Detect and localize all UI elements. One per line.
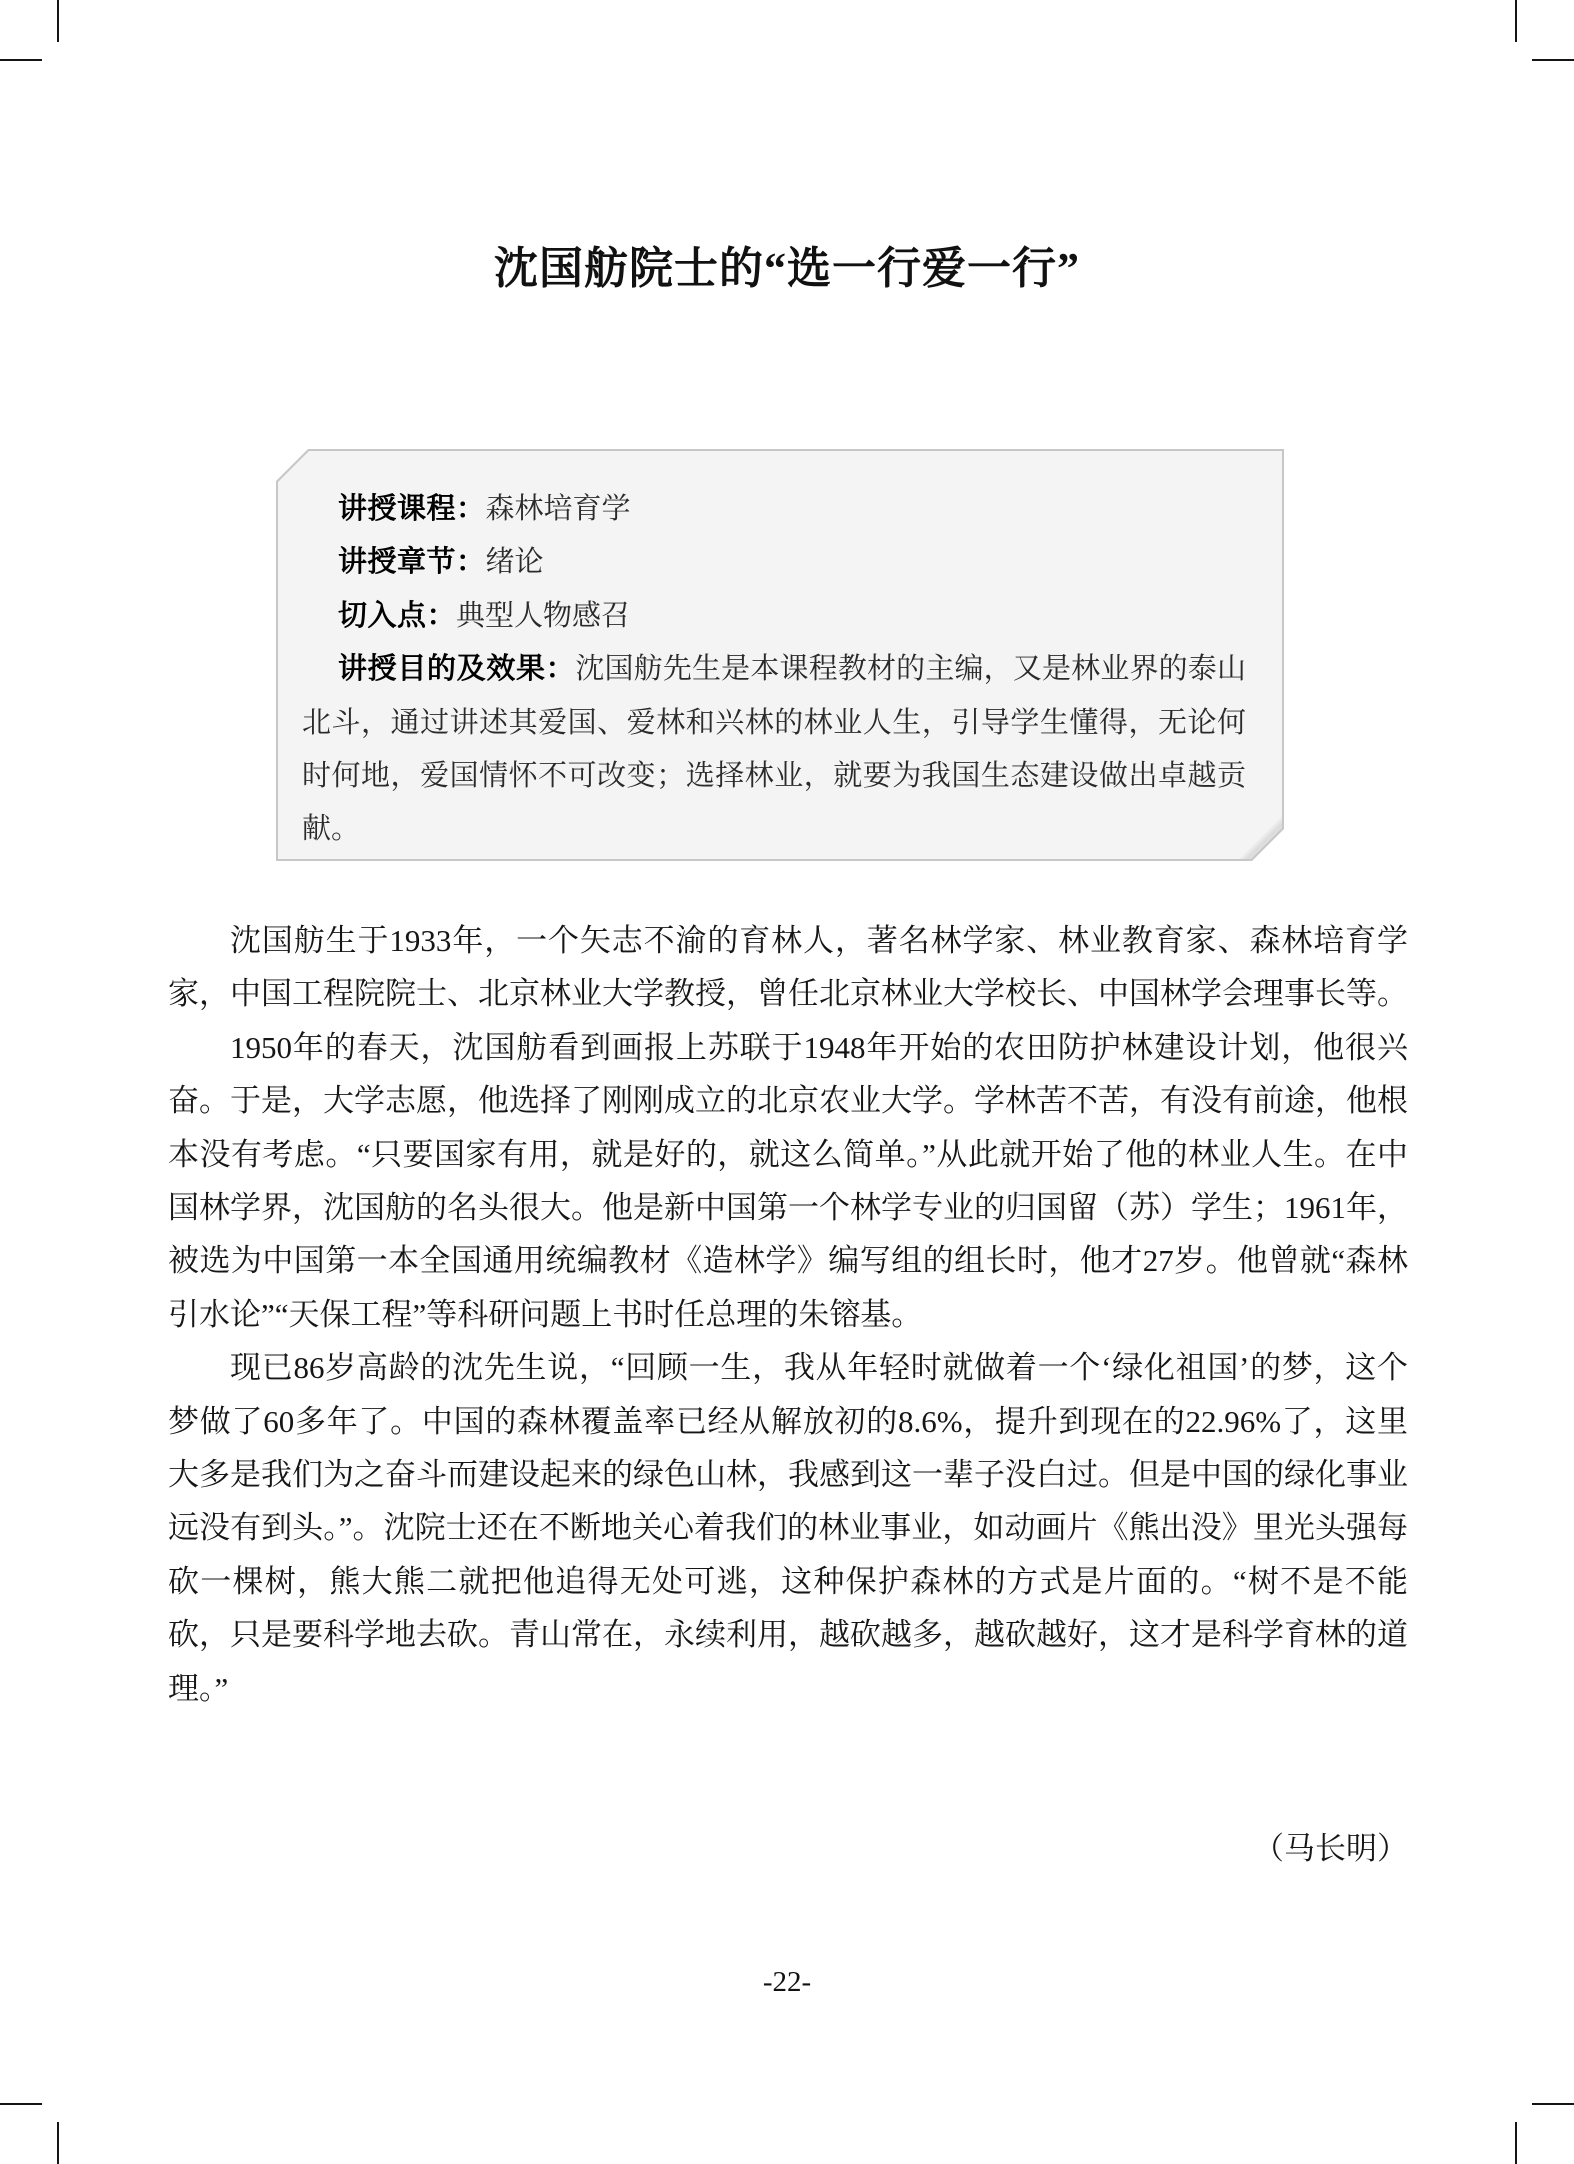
crop-mark-top-right-horizontal	[1532, 59, 1574, 61]
attribution-row: （马长明）	[168, 1822, 1408, 1875]
crop-mark-bottom-left-horizontal	[0, 2103, 42, 2105]
lesson-info-value: 绪论	[486, 546, 544, 578]
crop-mark-top-left-horizontal	[0, 59, 42, 61]
crop-mark-top-right-vertical	[1515, 0, 1517, 42]
lesson-info-line: 讲授目的及效果：沈国舫先生是本课程教材的主编，又是林业界的泰山北斗，通过讲述其爱…	[302, 643, 1246, 857]
page-number: -22-	[0, 1966, 1574, 1999]
author-attribution: （马长明）	[168, 1822, 1408, 1875]
article-body: 沈国舫生于1933年，一个矢志不渝的育林人，著名林学家、林业教育家、森林培育学家…	[168, 914, 1408, 1715]
lesson-info-line: 切入点：典型人物感召	[302, 590, 1246, 643]
crop-mark-bottom-right-horizontal	[1532, 2103, 1574, 2105]
lesson-info-label: 讲授目的及效果：	[338, 653, 575, 685]
crop-mark-bottom-right-vertical	[1515, 2122, 1517, 2164]
lesson-info-line: 讲授课程：森林培育学	[302, 483, 1246, 536]
document-page: 沈国舫院士的“选一行爱一行” 讲授课程：森林培育学 讲授章节：绪论 切入点：典型…	[0, 0, 1574, 2164]
lesson-info-value: 典型人物感召	[456, 600, 630, 632]
page-title: 沈国舫院士的“选一行爱一行”	[0, 232, 1574, 296]
article-paragraph: 1950年的春天，沈国舫看到画报上苏联于1948年开始的农田防护林建设计划，他很…	[168, 1021, 1408, 1341]
lesson-info-value: 森林培育学	[486, 493, 631, 525]
crop-mark-bottom-left-vertical	[57, 2122, 59, 2164]
lesson-info-label: 讲授章节：	[338, 546, 486, 578]
lesson-info-box: 讲授课程：森林培育学 讲授章节：绪论 切入点：典型人物感召 讲授目的及效果：沈国…	[276, 449, 1284, 861]
lesson-info-label: 讲授课程：	[338, 493, 486, 525]
lesson-info-box-content: 讲授课程：森林培育学 讲授章节：绪论 切入点：典型人物感召 讲授目的及效果：沈国…	[278, 451, 1282, 859]
article-paragraph: 现已86岁高龄的沈先生说，“回顾一生，我从年轻时就做着一个‘绿化祖国’的梦，这个…	[168, 1341, 1408, 1715]
crop-mark-top-left-vertical	[57, 0, 59, 42]
lesson-info-label: 切入点：	[338, 600, 456, 632]
article-paragraph: 沈国舫生于1933年，一个矢志不渝的育林人，著名林学家、林业教育家、森林培育学家…	[168, 914, 1408, 1021]
lesson-info-line: 讲授章节：绪论	[302, 536, 1246, 589]
